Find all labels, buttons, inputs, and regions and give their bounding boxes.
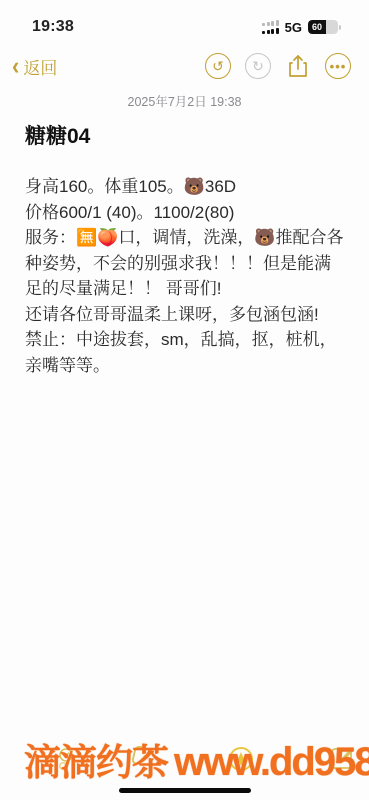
checklist-icon: [58, 748, 80, 770]
bottom-toolbar: [0, 732, 369, 778]
new-note-button[interactable]: [330, 744, 356, 770]
redo-button[interactable]: ↻: [245, 53, 271, 79]
cellular-signal-icon: [262, 20, 279, 34]
clock: 19:38: [32, 18, 74, 36]
network-type: 5G: [285, 20, 302, 35]
battery-percent: 60: [312, 22, 322, 32]
paperclip-icon: [128, 744, 150, 770]
redo-icon: ↻: [252, 58, 264, 75]
chevron-left-icon: ‹: [12, 53, 19, 78]
share-icon: [288, 54, 308, 78]
note-paragraph: 禁止：中途拔套，sm，乱搞，抠，桩机，亲嘴等等。: [25, 327, 345, 378]
note-paragraph: 价格600/1 (40)。1100/2(80): [25, 200, 345, 226]
note-title: 糖糖04: [0, 110, 369, 150]
note-paragraph: 还请各位哥哥温柔上课呀，多包涵包涵!: [25, 302, 345, 328]
undo-button[interactable]: ↺: [205, 53, 231, 79]
markup-button[interactable]: [228, 746, 254, 772]
battery-icon: 60: [308, 20, 341, 34]
home-indicator[interactable]: [119, 788, 251, 793]
share-button[interactable]: [285, 52, 311, 80]
attach-button[interactable]: [128, 744, 150, 770]
note-paragraph: 服务：🈚🍑口，调情，洗澡，🐻推配合各种姿势，不会的别强求我！！！但是能满足的尽量…: [25, 225, 345, 302]
more-button[interactable]: •••: [325, 53, 351, 79]
back-button[interactable]: ‹ 返回: [12, 54, 57, 79]
compose-icon: [330, 744, 356, 770]
pen-tip-icon: [228, 746, 254, 772]
note-body[interactable]: 身高160。体重105。🐻36D 价格600/1 (40)。1100/2(80)…: [0, 150, 369, 378]
note-paragraph: 身高160。体重105。🐻36D: [25, 174, 345, 200]
note-timestamp: 2025年7月2日 19:38: [0, 92, 369, 110]
undo-icon: ↺: [212, 58, 224, 75]
status-bar: 19:38 5G 60: [0, 0, 369, 44]
nav-bar: ‹ 返回 ↺ ↻ •••: [0, 44, 369, 88]
back-button-label: 返回: [23, 54, 57, 79]
ellipsis-icon: •••: [330, 59, 347, 74]
checklist-button[interactable]: [58, 748, 80, 770]
